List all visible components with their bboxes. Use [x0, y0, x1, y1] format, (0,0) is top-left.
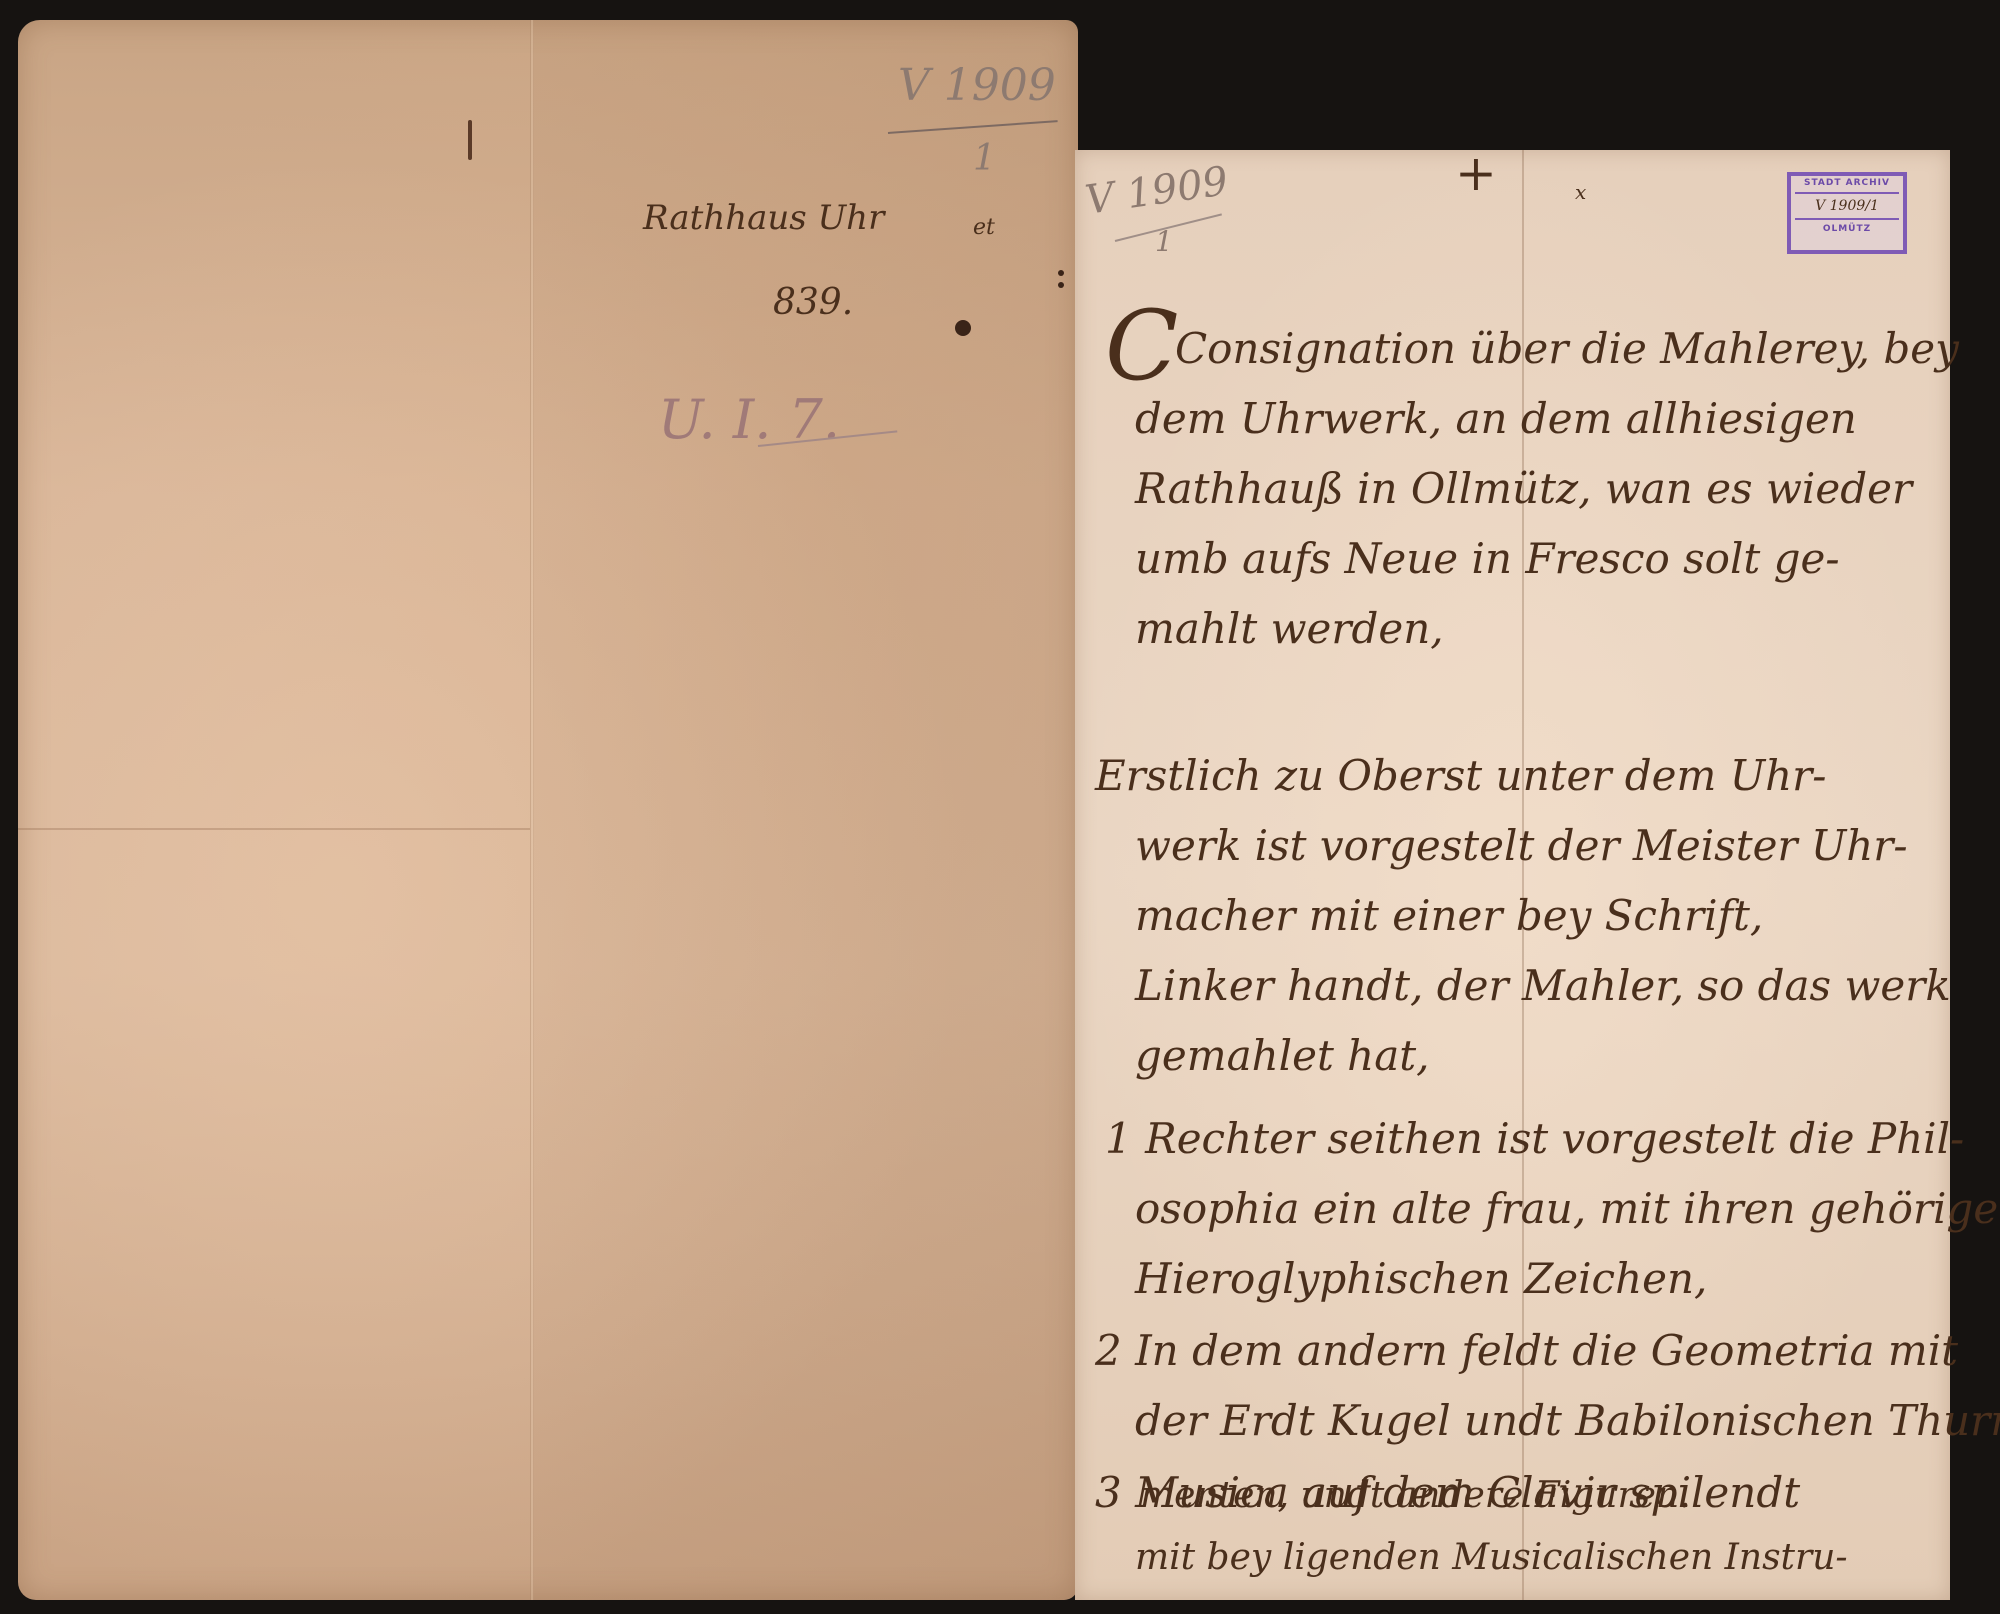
- page-pencil-number: V 1909: [1082, 158, 1230, 224]
- folder-fold-vertical: [530, 20, 534, 1600]
- folder-fold-horizontal: [18, 828, 530, 830]
- ink-speck: [1058, 282, 1064, 288]
- text-line: werk ist vorgestelt der Meister Uhr-: [1135, 825, 1908, 867]
- folder-margin-mark: et: [973, 215, 995, 240]
- folder-title-line: Rathhaus Uhr: [643, 198, 884, 238]
- text-line: Linker handt, der Mahler, so das werk: [1135, 965, 1951, 1007]
- text-line: Consignation über die Mahlerey, bey: [1175, 328, 1959, 370]
- folder-pencil-signature: V 1909: [898, 60, 1056, 111]
- stamp-top-text: STADT ARCHIV: [1791, 176, 1903, 190]
- text-line: dem Uhrwerk, an dem allhiesigen: [1135, 398, 1857, 440]
- folder-pencil-signature-sub: 1: [973, 138, 996, 179]
- text-line: 1 Rechter seithen ist vorgestelt die Phi…: [1105, 1118, 1964, 1160]
- text-line-final: menten, undt andere Figuren.: [1140, 1478, 1691, 1514]
- text-line: der Erdt Kugel undt Babilonischen Thurm,: [1135, 1400, 2000, 1442]
- text-line: umb aufs Neue in Fresco solt ge-: [1135, 538, 1840, 580]
- stamp-bottom-text: OLMÜTZ: [1791, 222, 1903, 236]
- text-line: 2 In dem andern feldt die Geometria mit: [1095, 1330, 1958, 1372]
- folder-right-panel: [534, 20, 1078, 1600]
- text-line: mahlt werden,: [1135, 608, 1444, 650]
- stamp-signature: V 1909/1: [1795, 192, 1899, 220]
- text-line: Hieroglyphischen Zeichen,: [1135, 1258, 1707, 1300]
- folder-number: 839.: [773, 282, 853, 323]
- text-line: gemahlet hat,: [1135, 1035, 1430, 1077]
- initial-c: C: [1105, 298, 1178, 394]
- folder-shelf-mark: U. I. 7.: [658, 388, 840, 451]
- page-top-cross: +: [1455, 144, 1497, 202]
- text-line: Rathhauß in Ollmütz, wan es wieder: [1135, 468, 1912, 510]
- ink-speck: [1058, 270, 1064, 276]
- page-small-x: x: [1575, 180, 1586, 204]
- text-line: Erstlich zu Oberst unter dem Uhr-: [1095, 755, 1826, 797]
- manuscript-page: V 1909 1 + x STADT ARCHIV V 1909/1 OLMÜT…: [1075, 150, 1950, 1600]
- text-line: osophia ein alte frau, mit ihren gehörig…: [1135, 1188, 2000, 1230]
- text-line: macher mit einer bey Schrift,: [1135, 895, 1763, 937]
- ink-blot: [955, 320, 971, 336]
- archive-folder-cover: V 1909 1 Rathhaus Uhr et 839. U. I. 7.: [18, 20, 1078, 1600]
- page-pencil-number-sub: 1: [1155, 225, 1173, 258]
- archive-stamp: STADT ARCHIV V 1909/1 OLMÜTZ: [1787, 172, 1907, 254]
- paper-tear: [468, 120, 472, 160]
- text-line: mit bey ligenden Musicalischen Instru-: [1135, 1540, 1848, 1576]
